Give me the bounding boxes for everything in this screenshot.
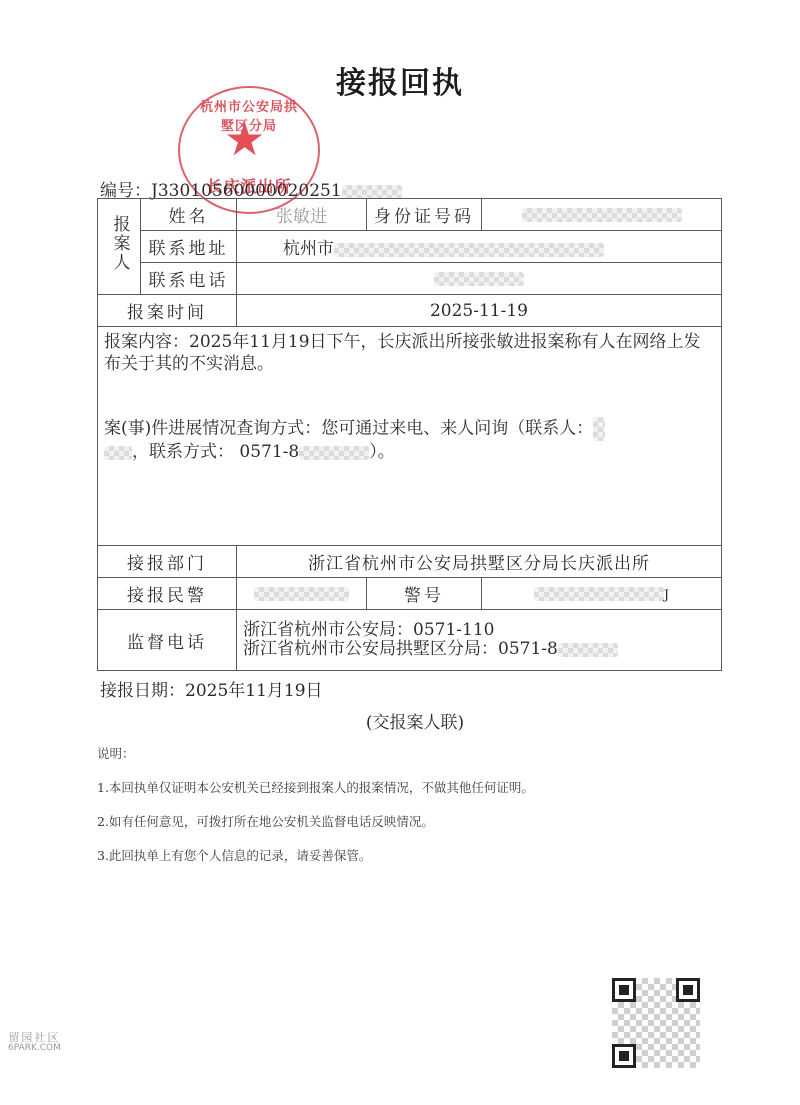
report-time-value: 2025-11-19	[237, 295, 722, 327]
phone-label: 联系电话	[141, 263, 237, 295]
redacted-mask	[342, 185, 402, 199]
address-label: 联系地址	[141, 231, 237, 263]
report-content: 报案内容：2025年11月19日下午，长庆派出所接张敏进报案称有人在网络上发布关…	[98, 327, 722, 546]
site-watermark: 留园社区 6PARK.COM	[8, 1032, 61, 1054]
note-item-3: 3.此回执单上有您个人信息的记录，请妥善保管。	[97, 846, 534, 864]
qr-code	[612, 978, 700, 1068]
row-phone: 联系电话	[98, 263, 722, 295]
row-officer: 接报民警 警号 J	[98, 578, 722, 610]
inquiry-method: 案(事)件进展情况查询方式：您可通过来电、来人问询（联系人： ，联系方式： 05…	[104, 417, 715, 463]
row-supervision: 监督电话 浙江省杭州市公安局：0571-110 浙江省杭州市公安局拱墅区分局：0…	[98, 610, 722, 671]
row-content: 报案内容：2025年11月19日下午，长庆派出所接张敏进报案称有人在网络上发布关…	[98, 327, 722, 546]
qr-finder-icon	[676, 978, 700, 1002]
notes-title: 说明：	[97, 744, 534, 762]
row-name: 报案人 姓名 张敏进 身份证号码	[98, 199, 722, 231]
name-label: 姓名	[141, 199, 237, 231]
supervision-line-1: 浙江省杭州市公安局：0571-110	[243, 621, 715, 640]
notes-section: 说明： 1.本回执单仅证明本公安机关已经接到报案人的报案情况，不做其他任何证明。…	[97, 744, 534, 880]
report-date: 接报日期：2025年11月19日	[100, 676, 323, 701]
redacted-mask	[522, 208, 682, 222]
reporter-group-label: 报案人	[98, 199, 141, 295]
redacted-mask	[558, 643, 618, 657]
redacted-mask	[534, 587, 664, 601]
row-dept: 接报部门 浙江省杭州市公安局拱墅区分局长庆派出所	[98, 546, 722, 578]
officer-label: 接报民警	[98, 578, 237, 610]
note-item-2: 2.如有任何意见，可拨打所在地公安机关监督电话反映情况。	[97, 812, 534, 830]
note-item-1: 1.本回执单仅证明本公安机关已经接到报案人的报案情况，不做其他任何证明。	[97, 778, 534, 796]
dept-label: 接报部门	[98, 546, 237, 578]
redacted-mask	[254, 587, 349, 601]
document-title: 接报回执	[0, 58, 800, 102]
redacted-mask	[593, 417, 605, 441]
copy-label: (交报案人联)	[15, 708, 800, 733]
row-address: 联系地址 杭州市	[98, 231, 722, 263]
id-number-value	[482, 199, 722, 231]
phone-value	[237, 263, 722, 295]
star-icon: ★	[224, 116, 265, 162]
redacted-mask	[299, 446, 369, 460]
supervision-label: 监督电话	[98, 610, 237, 671]
supervision-line-2: 浙江省杭州市公安局拱墅区分局：0571-8	[243, 640, 715, 659]
supervision-phones: 浙江省杭州市公安局：0571-110 浙江省杭州市公安局拱墅区分局：0571-8	[237, 610, 722, 671]
officer-value	[237, 578, 367, 610]
id-number-label: 身份证号码	[367, 199, 482, 231]
report-time-label: 报案时间	[98, 295, 237, 327]
row-report-time: 报案时间 2025-11-19	[98, 295, 722, 327]
address-value: 杭州市	[237, 231, 722, 263]
redacted-mask	[334, 243, 604, 257]
redacted-mask	[104, 446, 132, 460]
name-value: 张敏进	[237, 199, 367, 231]
redacted-mask	[434, 272, 524, 286]
qr-finder-icon	[612, 1044, 636, 1068]
badge-value: J	[482, 578, 722, 610]
dept-value: 浙江省杭州市公安局拱墅区分局长庆派出所	[237, 546, 722, 578]
badge-label: 警号	[367, 578, 482, 610]
qr-finder-icon	[612, 978, 636, 1002]
report-form-table: 报案人 姓名 张敏进 身份证号码 联系地址 杭州市 联系电话 报案时间 2025…	[97, 198, 722, 671]
report-summary: 报案内容：2025年11月19日下午，长庆派出所接张敏进报案称有人在网络上发布关…	[104, 331, 715, 375]
